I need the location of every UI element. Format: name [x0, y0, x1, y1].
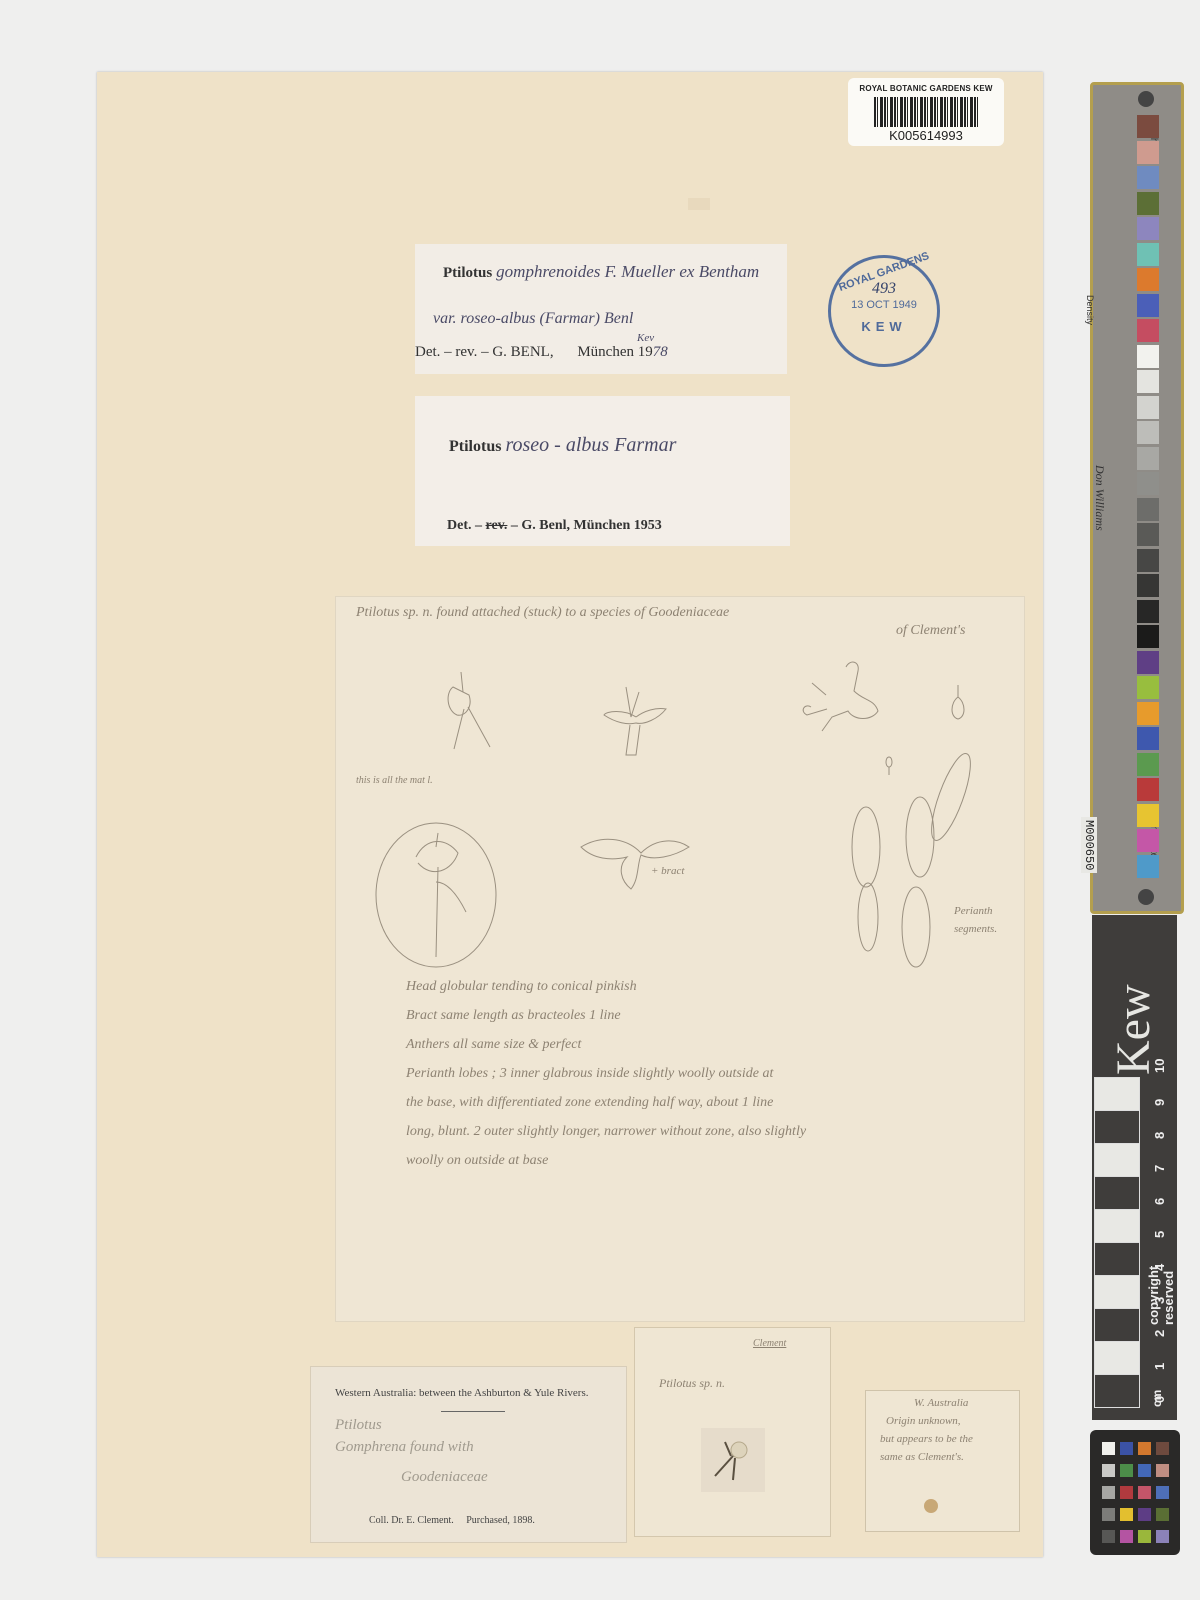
place-year: München 19: [577, 344, 652, 360]
color-patch: [1137, 294, 1159, 317]
checker-swatch: [1156, 1442, 1169, 1455]
checker-swatch: [1120, 1508, 1133, 1521]
det-rest: – G. Benl, München 1953: [511, 518, 662, 533]
color-patch: [1137, 829, 1159, 852]
cm-tick-label: 1: [1152, 1363, 1167, 1370]
collector: Coll. Dr. E. Clement.: [369, 1515, 454, 1526]
stamp-bottom-text: KEW: [831, 319, 937, 334]
color-patch: [1137, 268, 1159, 291]
checker-swatch: [1102, 1530, 1115, 1543]
note-left: this is all the mat l.: [356, 775, 433, 786]
cm-tick-label: 3: [1152, 1297, 1167, 1304]
royal-gardens-stamp: ROYAL GARDENS 493 13 OCT 1949 KEW: [828, 255, 940, 367]
color-patch: [1137, 549, 1159, 572]
checker-swatch: [1102, 1464, 1115, 1477]
checker-swatch: [1120, 1530, 1133, 1543]
determination-slip-1953: Ptilotus roseo - albus Farmar Det. – rev…: [415, 396, 790, 546]
color-patch: [1137, 574, 1159, 597]
color-patch: [1137, 472, 1159, 495]
barcode-icon: [874, 97, 978, 127]
color-patch: [1137, 778, 1159, 801]
color-patch: [1137, 345, 1159, 368]
note-line: Perianth lobes ; 3 inner glabrous inside…: [406, 1066, 806, 1095]
color-patch: [1137, 370, 1159, 393]
color-patch: [1137, 166, 1159, 189]
handwritten-3: Goodeniaceae: [401, 1469, 488, 1486]
packet2-line-2: Origin unknown,: [886, 1415, 961, 1427]
year-handwritten: 78: [653, 344, 668, 360]
genus-name: Ptilotus: [443, 265, 492, 281]
color-patch: [1137, 192, 1159, 215]
brand-label: Don Williams: [1092, 465, 1107, 531]
bract-label: + bract: [651, 865, 684, 877]
checker-swatch: [1156, 1486, 1169, 1499]
note-line: long, blunt. 2 outer slightly longer, na…: [406, 1124, 806, 1153]
stamp-date: 13 OCT 1949: [831, 299, 937, 311]
scale-block: [1094, 1077, 1140, 1111]
illustration-sheet: Ptilotus sp. n. found attached (stuck) t…: [335, 596, 1025, 1322]
tape-strip: [688, 198, 710, 210]
cm-tick-label: 7: [1152, 1165, 1167, 1172]
specimen-fragment: [924, 1499, 938, 1513]
checker-swatch: [1138, 1508, 1151, 1521]
packet2-line-3: but appears to be the: [880, 1433, 973, 1445]
color-patch: [1137, 396, 1159, 419]
color-bar-id: M000650: [1081, 817, 1097, 873]
barcode-label: ROYAL BOTANIC GARDENS KEW K005614993: [848, 78, 1004, 146]
checker-swatch: [1102, 1508, 1115, 1521]
note-line: Anthers all same size & perfect: [406, 1037, 806, 1066]
color-patch: [1137, 855, 1159, 878]
perianth-label-1: Perianth: [954, 905, 993, 917]
checker-swatch: [1138, 1464, 1151, 1477]
det-line: Det. – rev. – G. BENL,: [415, 344, 554, 360]
color-patch: [1137, 702, 1159, 725]
checker-swatch: [1156, 1530, 1169, 1543]
checker-swatch: [1102, 1486, 1115, 1499]
registration-dot: [1138, 91, 1154, 107]
note-line: Head globular tending to conical pinkish: [406, 979, 806, 1008]
color-patch: [1137, 523, 1159, 546]
perianth-label-2: segments.: [954, 923, 997, 935]
color-patch: [1137, 243, 1159, 266]
purchased: Purchased, 1898.: [466, 1515, 535, 1526]
barcode-number: K005614993: [848, 128, 1004, 143]
scale-block: [1094, 1242, 1140, 1276]
scale-block: [1094, 1374, 1140, 1408]
color-patch: [1137, 217, 1159, 240]
color-patch: [1137, 753, 1159, 776]
fragment-packet: Clement Ptilotus sp. n.: [634, 1327, 831, 1537]
packet-top-note: Clement: [753, 1338, 786, 1349]
color-patch: [1137, 421, 1159, 444]
scale-block: [1094, 1110, 1140, 1144]
color-patch: [1137, 319, 1159, 342]
handwritten-2: Gomphrena found with: [335, 1439, 474, 1456]
det-struck: rev.: [486, 518, 508, 533]
institution-name: ROYAL BOTANIC GARDENS KEW: [848, 84, 1004, 93]
det-prefix: Det. –: [447, 518, 482, 533]
checker-swatch: [1120, 1486, 1133, 1499]
color-calibration-bar: inches Density Don Williams M000650 cent…: [1090, 82, 1184, 914]
color-patch: [1137, 447, 1159, 470]
cm-tick-label: 10: [1152, 1059, 1167, 1073]
color-checker-card: [1090, 1430, 1180, 1555]
scale-block: [1094, 1275, 1140, 1309]
checker-swatch: [1138, 1486, 1151, 1499]
handwritten-1: Ptilotus: [335, 1417, 382, 1434]
cm-unit: cm: [1150, 1390, 1164, 1407]
specimen-fragment: [701, 1428, 765, 1492]
packet-name: Ptilotus sp. n.: [659, 1376, 725, 1391]
color-patch: [1137, 600, 1159, 623]
genus-name: Ptilotus: [449, 438, 501, 455]
determination-slip-1978: Ptilotus gomphrenoides F. Mueller ex Ben…: [415, 244, 787, 374]
color-patch: [1137, 625, 1159, 648]
cm-tick-label: 5: [1152, 1231, 1167, 1238]
kew-scale-bar: Kew copyright reserved 012345678910 cm: [1092, 915, 1177, 1420]
note-above: Kev: [637, 332, 654, 344]
flower-fragment-icon: [701, 1428, 765, 1492]
checker-swatch: [1138, 1530, 1151, 1543]
color-patch: [1137, 498, 1159, 521]
color-patch: [1137, 727, 1159, 750]
cm-tick-label: 6: [1152, 1198, 1167, 1205]
scale-block: [1094, 1143, 1140, 1177]
color-patch: [1137, 141, 1159, 164]
checker-swatch: [1156, 1508, 1169, 1521]
checker-swatch: [1120, 1442, 1133, 1455]
checker-swatch: [1120, 1464, 1133, 1477]
note-line: the base, with differentiated zone exten…: [406, 1095, 806, 1124]
scale-block: [1094, 1308, 1140, 1342]
checker-swatch: [1156, 1464, 1169, 1477]
locality-text: Western Australia: between the Ashburton…: [335, 1387, 589, 1399]
checker-swatch: [1138, 1442, 1151, 1455]
checker-swatch: [1102, 1442, 1115, 1455]
registration-dot: [1138, 889, 1154, 905]
color-patch: [1137, 676, 1159, 699]
color-patch: [1137, 804, 1159, 827]
variety-handwritten: var. roseo-albus (Farmar) Benl: [433, 310, 633, 328]
note-line: woolly on outside at base: [406, 1153, 806, 1182]
copyright-text: copyright reserved: [1146, 1266, 1176, 1325]
collection-label: Western Australia: between the Ashburton…: [310, 1366, 627, 1543]
scale-block: [1094, 1176, 1140, 1210]
scale-block: [1094, 1209, 1140, 1243]
cm-tick-label: 9: [1152, 1099, 1167, 1106]
note-line: Bract same length as bracteoles 1 line: [406, 1008, 806, 1037]
species-handwritten: roseo - albus Farmar: [505, 434, 676, 456]
color-patch: [1137, 651, 1159, 674]
packet2-line-1: W. Australia: [914, 1397, 968, 1409]
botanical-drawings-icon: [336, 597, 1024, 1321]
cm-tick-label: 8: [1152, 1132, 1167, 1139]
color-patch: [1137, 115, 1159, 138]
species-handwritten: gomphrenoides F. Mueller ex Bentham: [496, 262, 759, 281]
cm-tick-label: 4: [1152, 1264, 1167, 1271]
scale-block: [1094, 1341, 1140, 1375]
density-label: Density: [1085, 295, 1095, 325]
cm-tick-label: 2: [1152, 1330, 1167, 1337]
divider: [441, 1411, 505, 1412]
packet2-line-4: same as Clement's.: [880, 1451, 964, 1463]
fragment-packet-2: W. Australia Origin unknown, but appears…: [865, 1390, 1020, 1532]
